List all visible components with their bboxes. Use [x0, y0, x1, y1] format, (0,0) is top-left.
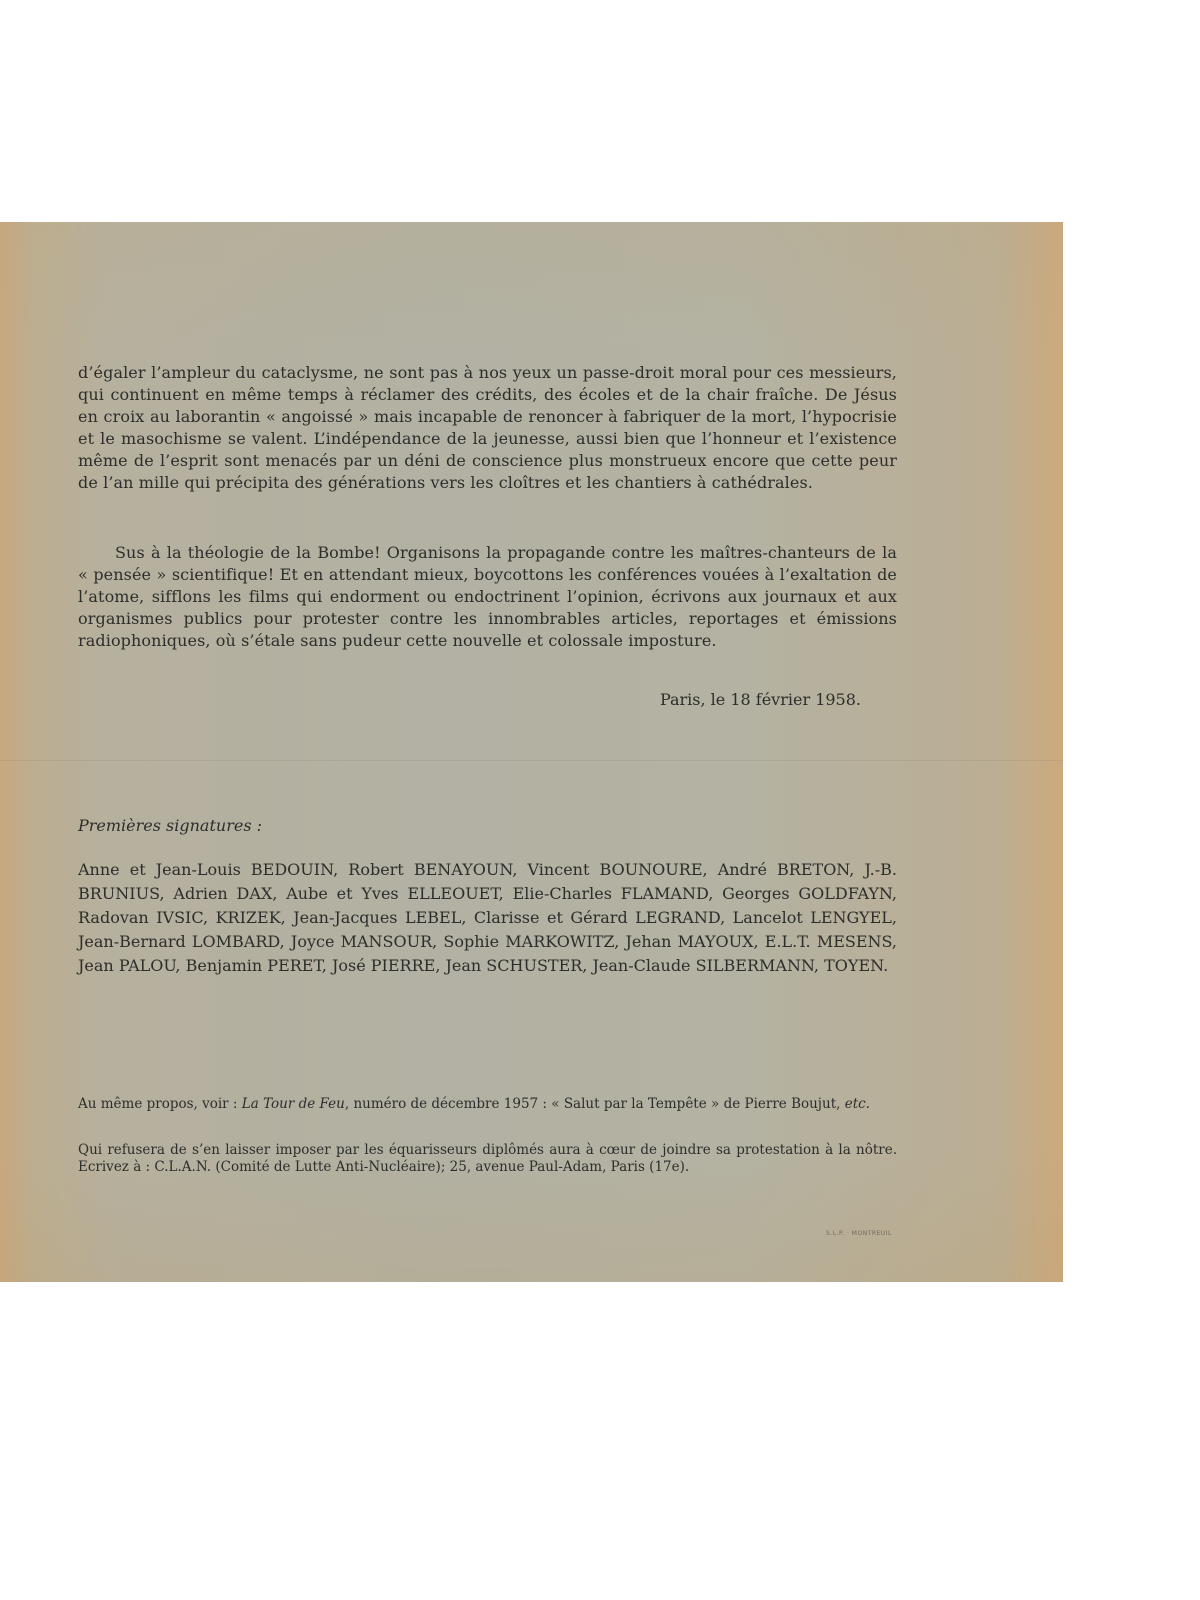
signatures-list: Anne et Jean-Louis BEDOUIN, Robert BENAY…: [78, 858, 897, 978]
footnote-reference: Au même propos, voir : La Tour de Feu, n…: [78, 1096, 897, 1113]
paragraph-call-to-action: Sus à la théologie de la Bombe! Organiso…: [78, 542, 897, 652]
footnote-middle: , numéro de décembre 1957 : « Salut par …: [345, 1096, 845, 1112]
paragraph-cataclysm: d’égaler l’ampleur du cataclysme, ne son…: [78, 362, 897, 494]
date-line: Paris, le 18 février 1958.: [660, 690, 861, 709]
footnote-suffix: etc.: [845, 1096, 870, 1112]
printer-mark: S.L.P. · MONTREUIL: [826, 1230, 892, 1237]
signatures-heading: Premières signatures :: [78, 816, 897, 835]
footnote-contact: Qui refusera de s’en laisser imposer par…: [78, 1142, 897, 1176]
paper-fold-line: [0, 760, 1063, 761]
footnote-title: La Tour de Feu: [242, 1096, 345, 1112]
footnote-prefix: Au même propos, voir :: [78, 1096, 242, 1112]
document-sheet: d’égaler l’ampleur du cataclysme, ne son…: [0, 222, 1063, 1282]
